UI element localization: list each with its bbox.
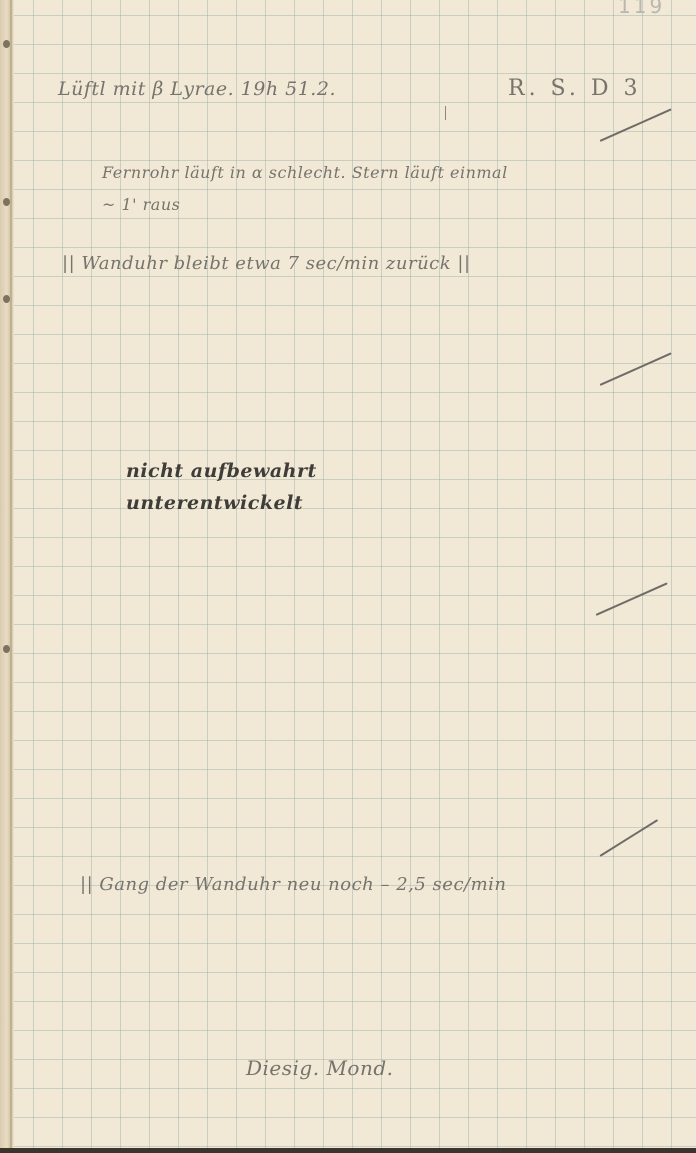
slash-mark (596, 582, 668, 616)
page-number: 119 (618, 0, 665, 18)
notebook-page: 119 Lüftl mit β Lyrae. 19h 51.2. R. S. D… (0, 0, 696, 1153)
clock-lag-note: || Wanduhr bleibt etwa 7 sec/min zurück … (62, 253, 471, 274)
binding-hole (3, 40, 10, 48)
page-bottom-edge (0, 1148, 696, 1153)
telescope-note-line2: ~ 1' raus (102, 195, 180, 214)
weather-note: Diesig. Mond. (246, 1056, 394, 1080)
stamp-line2: unterentwickelt (126, 492, 303, 514)
stamp-line1: nicht aufbewahrt (126, 460, 317, 482)
slash-mark (599, 819, 658, 857)
telescope-note-line1: Fernrohr läuft in α schlecht. Stern läuf… (102, 163, 508, 182)
clock-rate-note: || Gang der Wanduhr neu noch – 2,5 sec/m… (80, 874, 507, 895)
slash-mark (600, 352, 672, 386)
binding-hole (3, 645, 10, 653)
header-left-note: Lüftl mit β Lyrae. 19h 51.2. (58, 78, 336, 100)
pencil-tick (445, 106, 446, 120)
header-right-code: R. S. D 3 (508, 76, 641, 101)
binding-hole (3, 198, 10, 206)
binding-hole (3, 295, 10, 303)
slash-mark (600, 108, 672, 142)
binding-crease (10, 0, 12, 1153)
